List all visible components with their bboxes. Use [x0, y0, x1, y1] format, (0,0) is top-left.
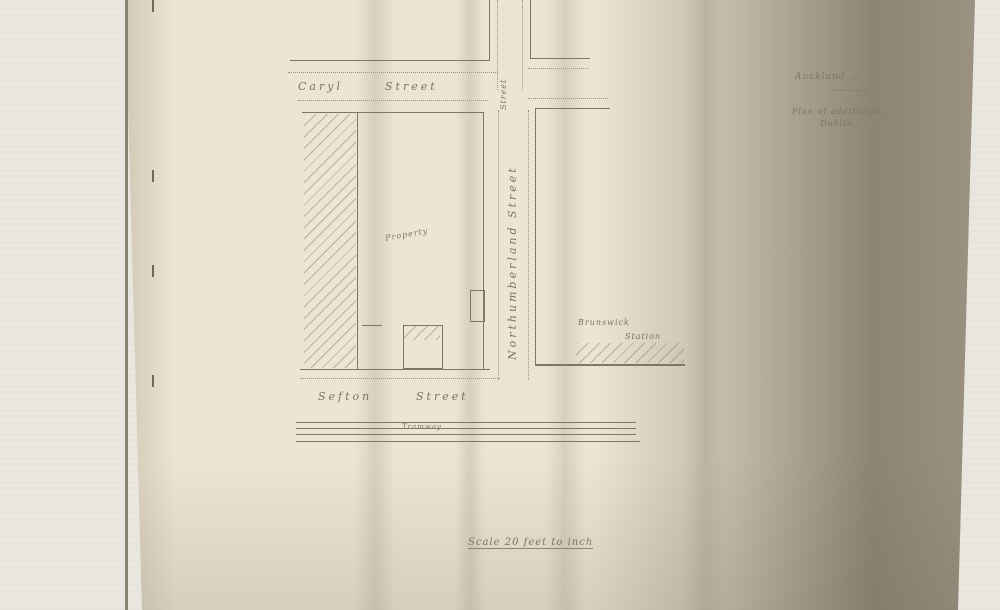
street-label-northumberland: Northumberland Street — [506, 165, 519, 360]
tramway-rail — [296, 422, 636, 423]
margin-tick — [152, 0, 160, 12]
street-label-sefton: Sefton — [318, 390, 372, 403]
sheet-edge — [125, 0, 128, 610]
title-line-1: Auckland ... — [795, 72, 861, 82]
block-outline — [302, 112, 484, 113]
kerb-line — [498, 110, 499, 380]
fold-shadow — [685, 0, 725, 610]
block-outline — [535, 364, 685, 366]
cross-street-label: Street — [499, 79, 508, 110]
outbuilding-hatch — [404, 326, 440, 340]
plan-sheet — [125, 0, 975, 610]
tramway-rail — [296, 441, 640, 442]
wall-stub — [362, 325, 382, 326]
kerb-line — [298, 100, 488, 101]
block-outline — [535, 108, 610, 109]
street-label-sefton-street: Street — [416, 390, 469, 403]
scale-note: Scale 20 feet to inch — [468, 537, 593, 549]
tramway-rail — [296, 434, 636, 435]
block-outline — [489, 0, 490, 60]
station-label-1: Brunswick — [578, 318, 630, 327]
tramway-label: Tramway — [402, 423, 442, 431]
kerb-line — [522, 0, 523, 90]
title-line-2: Plan of additional ... — [792, 107, 896, 116]
street-label-caryl: Caryl — [298, 80, 343, 93]
kerb-line — [528, 68, 588, 69]
fold-shadow — [545, 0, 585, 610]
block-outline — [530, 0, 531, 58]
kerb-line — [300, 378, 500, 379]
block-outline — [300, 369, 490, 370]
margin-tick — [152, 170, 160, 182]
kerb-line — [528, 98, 608, 99]
property-wall — [357, 112, 358, 370]
margin-tick — [152, 375, 160, 387]
kerb-line — [288, 72, 498, 73]
property-wall — [483, 112, 484, 370]
station-label-2: Station — [625, 332, 661, 341]
title-line-3: Dublin ... — [820, 119, 867, 128]
hatched-station-building — [576, 343, 684, 363]
kerb-line — [497, 0, 498, 90]
block-outline — [530, 58, 590, 59]
kerb-line — [528, 110, 529, 380]
street-label-caryl-street: Street — [385, 80, 438, 93]
hatched-adjacent-property — [304, 114, 356, 368]
block-outline — [290, 60, 490, 61]
tramway-rail — [296, 428, 636, 429]
block-outline — [535, 108, 536, 364]
margin-tick — [152, 265, 160, 277]
title-rule — [830, 90, 870, 91]
outbuilding-small — [470, 290, 485, 322]
